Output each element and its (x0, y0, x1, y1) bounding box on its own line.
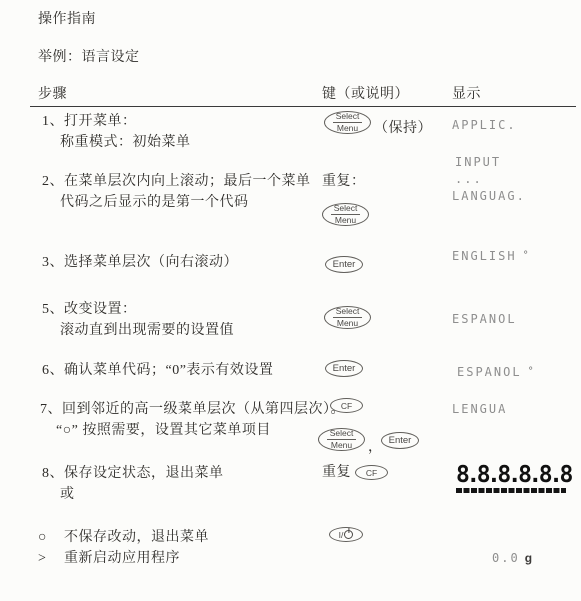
header-rule (30, 106, 576, 107)
step8-line2: 或 (60, 485, 75, 505)
cf-label: CF (341, 401, 352, 411)
display-applic: APPLIC. (452, 118, 517, 132)
col-header-display: 显示 (452, 85, 481, 105)
menu-label: Menu (337, 123, 358, 133)
weight-value: 0.0 (492, 551, 520, 565)
step5-line2: 滚动直到出现需要的设置值 (60, 321, 234, 341)
page-title: 操作指南 (38, 10, 96, 30)
power-label: I/ (339, 530, 344, 540)
display-languag: LANGUAG. (452, 189, 526, 203)
cf-key: CF (355, 465, 388, 480)
exit-no-save-text: 不保存改动，退出菜单 (64, 528, 209, 548)
select-label: Select (333, 307, 363, 318)
repeat-cf-group: 重复 CF (322, 463, 388, 483)
step7-line1: 7、回到邻近的高一级菜单层次（从第四层次）。 (40, 400, 345, 420)
select-menu-key: Select Menu (318, 428, 365, 451)
menu-label: Menu (331, 440, 352, 450)
restart-text: 重新启动应用程序 (64, 549, 180, 569)
display-weight: 0.0g (492, 551, 532, 565)
select-menu-key: Select Menu (324, 111, 371, 134)
example-label: 举例：语言设定 (38, 48, 140, 68)
power-key: I/ (329, 527, 363, 542)
hold-label: （保持） (374, 119, 432, 139)
enter-key: Enter (381, 432, 419, 449)
display-english-text: ENGLISH (452, 249, 517, 263)
select-menu-key: Select Menu (322, 203, 369, 226)
enter-label: Enter (333, 259, 356, 270)
step8-line1: 8、保存设定状态，退出菜单 (42, 464, 224, 484)
all-segments-digits: 8.8.8.8.8.8 (456, 466, 570, 486)
valid-marker: ° (523, 250, 529, 261)
step1-line2: 称重模式：初始菜单 (60, 133, 191, 153)
display-lengua: LENGUA (452, 402, 507, 416)
enter-key: Enter (325, 256, 363, 273)
display-all-segments: 8.8.8.8.8.8 (456, 466, 570, 493)
select-label: Select (327, 429, 357, 440)
valid-marker: ° (528, 366, 534, 377)
menu-label: Menu (335, 215, 356, 225)
select-label: Select (333, 112, 363, 123)
display-ellipsis: ... (455, 172, 483, 186)
step5-line1: 5、改变设置： (42, 300, 137, 320)
col-header-key: 键（或说明） (322, 85, 409, 105)
cf-key: CF (330, 398, 363, 413)
repeat-label: 重复 (322, 463, 351, 483)
select-menu-key: Select Menu (324, 306, 371, 329)
enter-key: Enter (325, 360, 363, 377)
all-segments-unit-bar (456, 488, 566, 493)
enter-label: Enter (389, 435, 412, 446)
exit-bullet: ○ (38, 528, 47, 548)
weight-unit: g (525, 551, 532, 565)
step2-line2: 代码之后显示的是第一个代码 (60, 193, 249, 213)
display-english: ENGLISH° (452, 249, 529, 263)
display-espanol-confirmed: ESPANOL° (457, 365, 534, 379)
display-espanol-text: ESPANOL (457, 365, 522, 379)
step2-line1: 2、在菜单层次内向上滚动；最后一个菜单 (42, 172, 311, 192)
step3-line1: 3、选择菜单层次（向右滚动） (42, 253, 238, 273)
menu-label: Menu (337, 318, 358, 328)
step1-line1: 1、打开菜单： (42, 112, 137, 132)
col-header-steps: 步骤 (38, 85, 67, 105)
cf-label: CF (366, 468, 377, 478)
display-input: INPUT (455, 155, 501, 169)
power-icon (344, 530, 353, 539)
manual-page: 操作指南 举例：语言设定 步骤 键（或说明） 显示 1、打开菜单： 称重模式：初… (0, 0, 581, 601)
step6-line1: 6、确认菜单代码；“0”表示有效设置 (42, 361, 273, 381)
display-espanol: ESPANOL (452, 312, 517, 326)
enter-label: Enter (333, 363, 356, 374)
repeat-label: 重复： (322, 172, 366, 192)
select-label: Select (331, 204, 361, 215)
step7-line2: “○” 按照需要，设置其它菜单项目 (56, 421, 271, 441)
restart-bullet: > (38, 549, 46, 569)
